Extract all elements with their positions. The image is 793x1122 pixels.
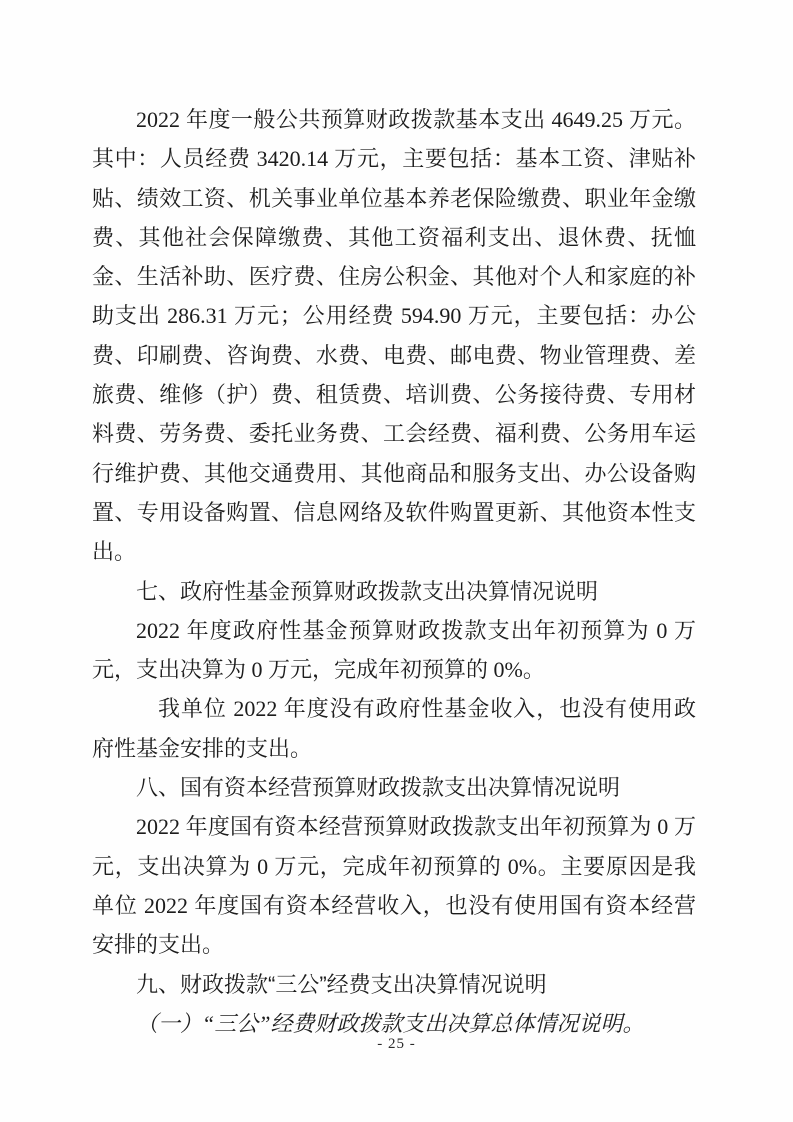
section-8-paragraph-1: 2022 年度国有资本经营预算财政拨款支出年初预算为 0 万元，支出决算为 0 … — [92, 807, 696, 964]
document-page: 2022 年度一般公共预算财政拨款基本支出 4649.25 万元。其中：人员经费… — [0, 0, 793, 1122]
section-7-heading: 七、政府性基金预算财政拨款支出决算情况说明 — [92, 572, 696, 611]
section-8-heading: 八、国有资本经营预算财政拨款支出决算情况说明 — [92, 768, 696, 807]
section-7-paragraph-1: 2022 年度政府性基金预算财政拨款支出年初预算为 0 万元，支出决算为 0 万… — [92, 611, 696, 690]
paragraph-basic-expenditure: 2022 年度一般公共预算财政拨款基本支出 4649.25 万元。其中：人员经费… — [92, 100, 696, 572]
section-7-paragraph-2: 我单位 2022 年度没有政府性基金收入，也没有使用政府性基金安排的支出。 — [92, 689, 696, 768]
document-body: 2022 年度一般公共预算财政拨款基本支出 4649.25 万元。其中：人员经费… — [92, 100, 696, 1043]
section-9-heading: 九、财政拨款“三公”经费支出决算情况说明 — [92, 965, 696, 1004]
page-number: - 25 - — [0, 1036, 793, 1053]
